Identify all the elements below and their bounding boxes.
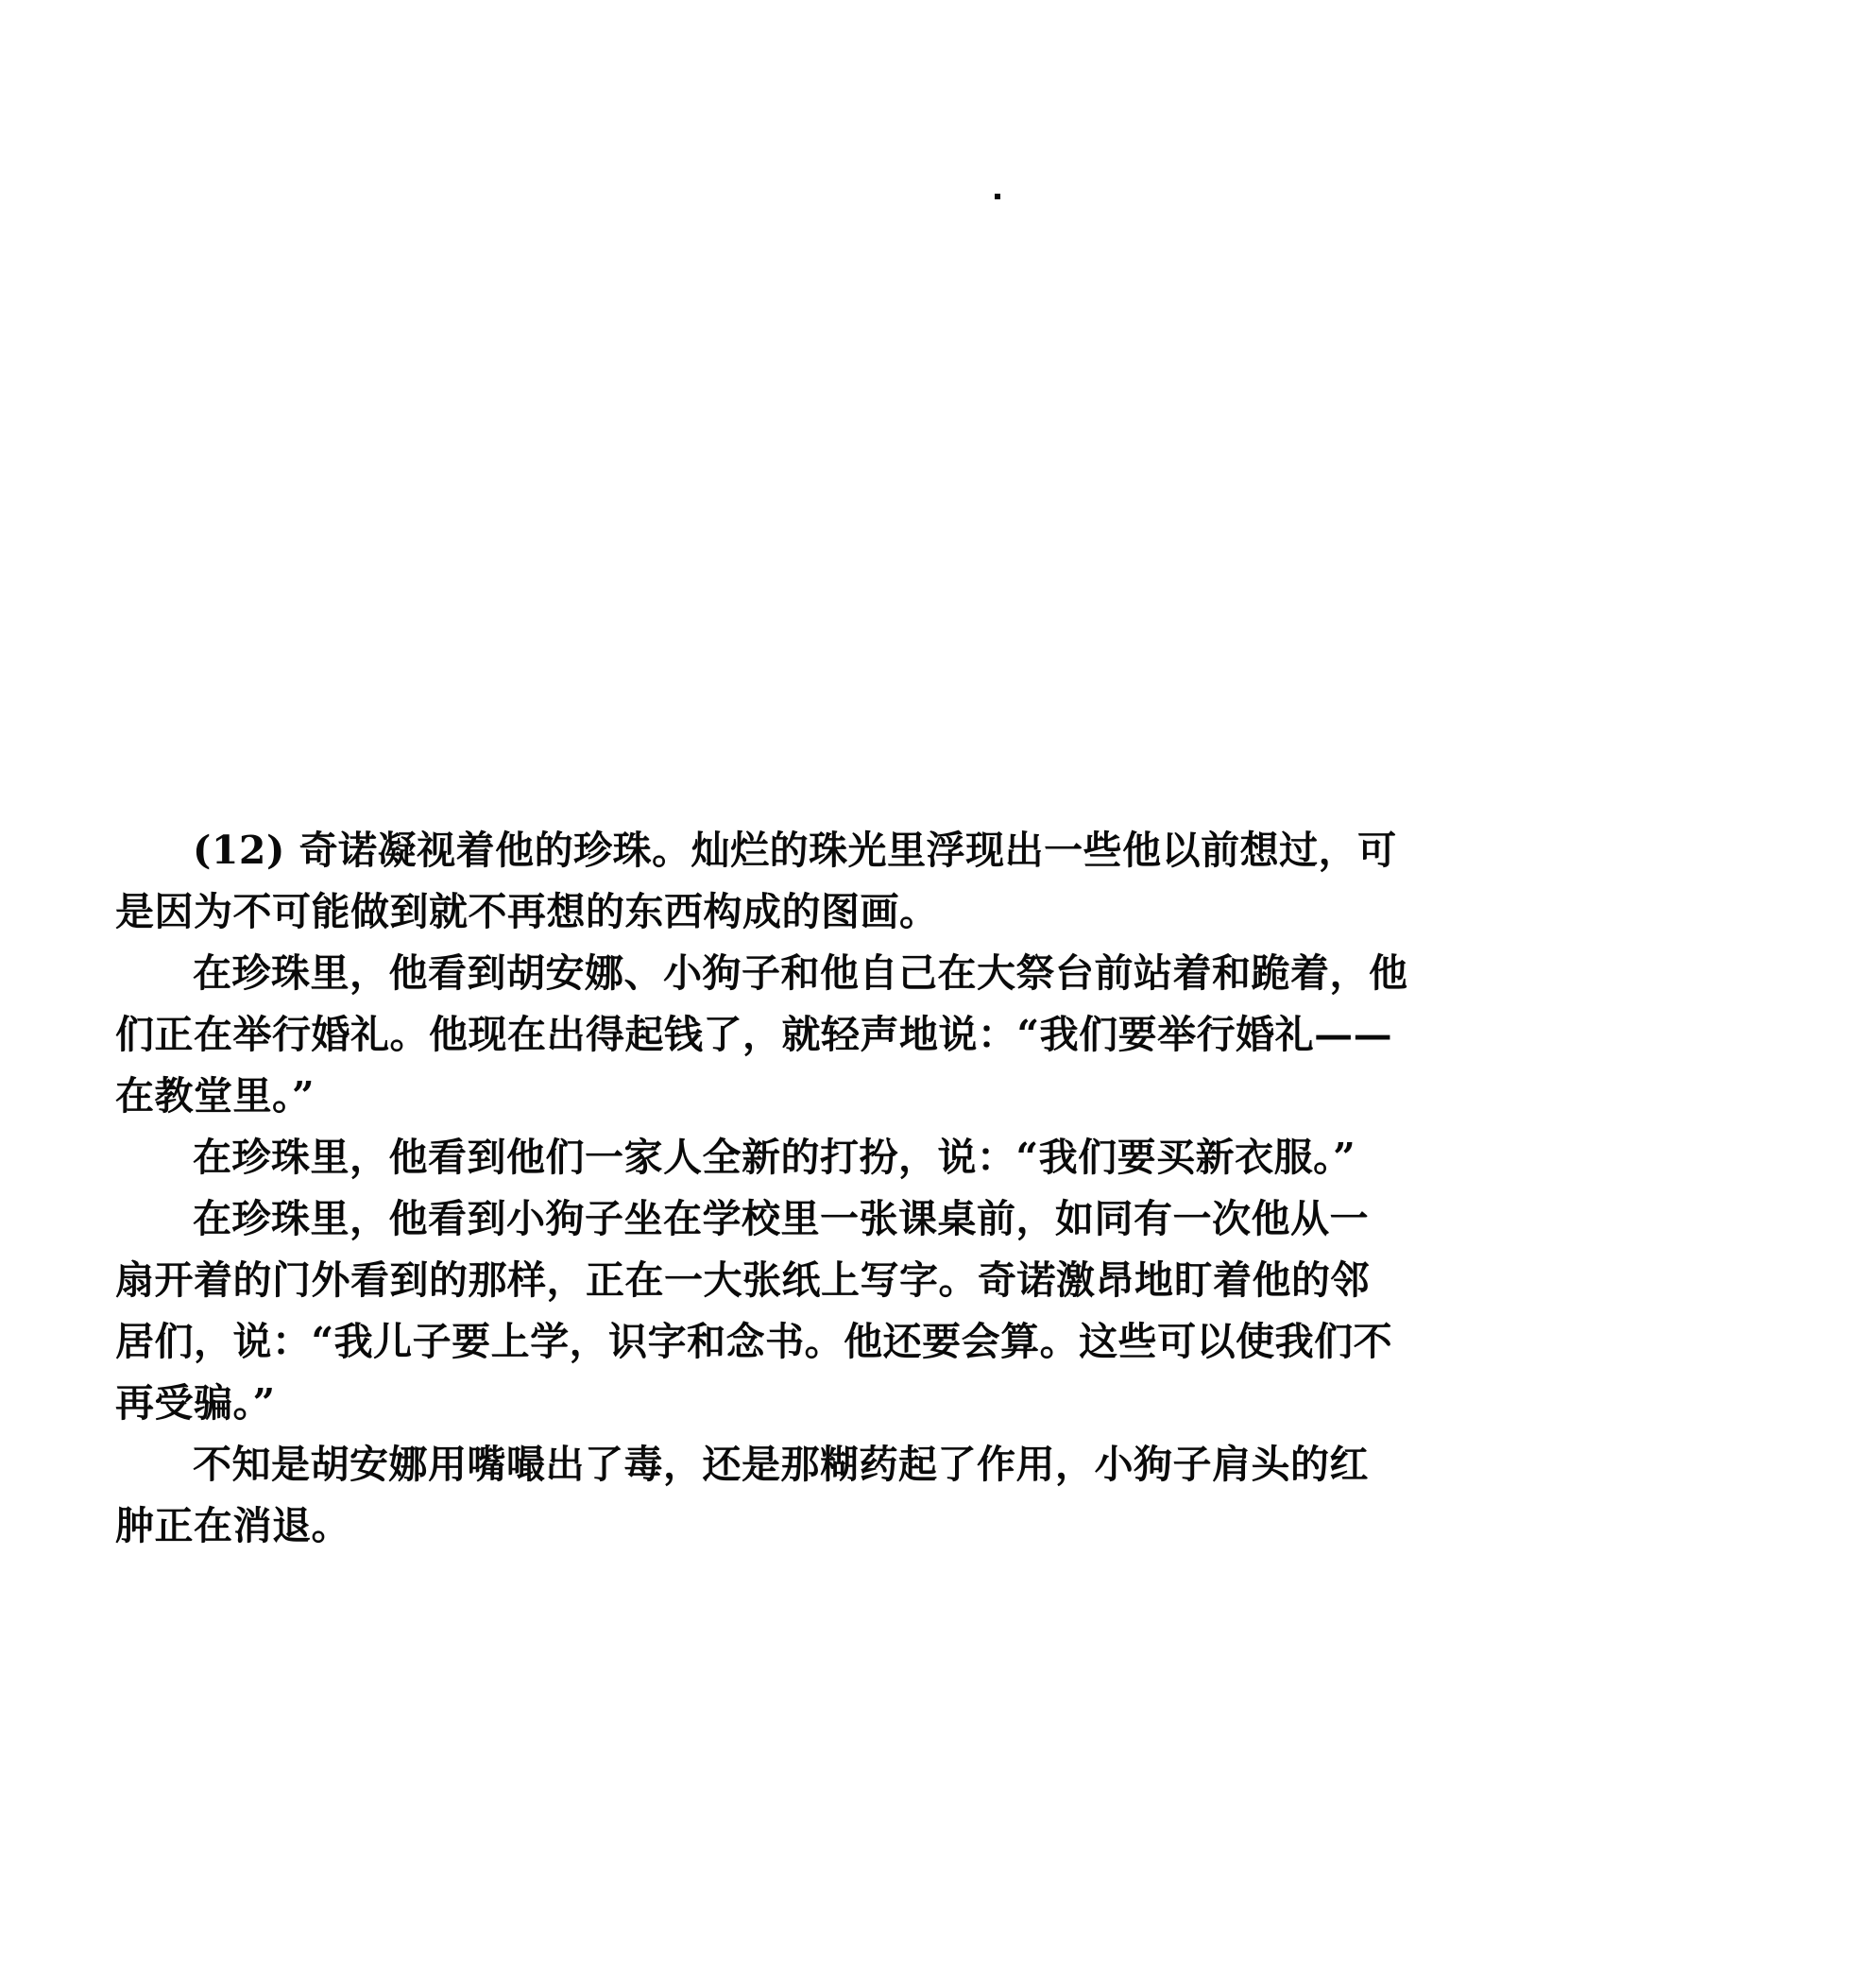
book-page: (12) 奇诺凝视着他的珍珠。灿烂的珠光里浮现出一些他以前想过，可 是因为不可能… — [0, 0, 1876, 1965]
text-line-2: 是因为不可能做到就不再想的东西构成的图画。 — [115, 881, 1387, 943]
text-line-11: 不知是胡安娜用嘴嘬出了毒，还是那糊药起了作用，小狗子肩头的红 — [115, 1434, 1387, 1495]
text-line-4: 们正在举行婚礼。他现在出得起钱了，就轻声地说：“我们要举行婚礼—— — [115, 1004, 1387, 1066]
ink-dot — [995, 194, 1000, 199]
text-line-5: 在教堂里。” — [115, 1066, 1387, 1127]
text-line-3: 在珍珠里，他看到胡安娜、小狗子和他自己在大祭台前站着和跪着，他 — [115, 943, 1387, 1004]
text-line-12: 肿正在消退。 — [115, 1495, 1387, 1557]
text-block: (12) 奇诺凝视着他的珍珠。灿烂的珠光里浮现出一些他以前想过，可 是因为不可能… — [115, 820, 1387, 1557]
text-line-10: 再受骗。” — [115, 1373, 1387, 1434]
text-line-1: (12) 奇诺凝视着他的珍珠。灿烂的珠光里浮现出一些他以前想过，可 — [115, 820, 1387, 881]
text-line-6: 在珍珠里，他看到他们一家人全新的打扮，说：“我们要买新衣服。” — [115, 1127, 1387, 1188]
text-line-8: 扇开着的门外看到的那样，正在一大张纸上写字。奇诺激昂地盯着他的邻 — [115, 1250, 1387, 1311]
text-line-9: 居们，说：“我儿子要上学，识字和念书。他还要会算。这些可以使我们不 — [115, 1311, 1387, 1373]
text-line-7: 在珍珠里，他看到小狗子坐在学校里一张课桌前，如同有一次他从一 — [115, 1188, 1387, 1250]
